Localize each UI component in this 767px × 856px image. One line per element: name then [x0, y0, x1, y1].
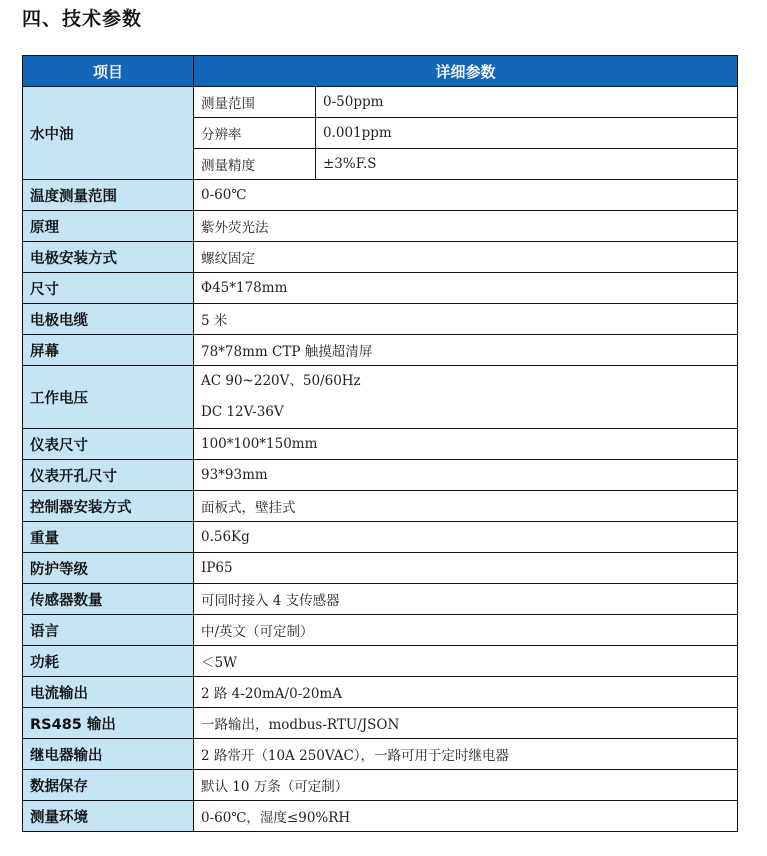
- row-label: 水中油: [23, 87, 194, 180]
- row-value: 可同时接入 4 支传感器: [194, 584, 738, 615]
- sub-label: 测量范围: [194, 87, 316, 118]
- row-value: ＜5W: [194, 646, 738, 677]
- row-label: 重量: [23, 522, 194, 553]
- row-label: 电极安装方式: [23, 242, 194, 273]
- table-row: 测量环境 0-60℃，湿度≤90%RH: [23, 801, 738, 832]
- row-value: 螺纹固定: [194, 242, 738, 273]
- row-value: 2 路 4-20mA/0-20mA: [194, 677, 738, 708]
- row-label: 数据保存: [23, 770, 194, 801]
- section-title: 四、技术参数: [22, 4, 142, 31]
- row-label: 温度测量范围: [23, 180, 194, 211]
- row-value: 面板式，壁挂式: [194, 491, 738, 522]
- table-row: 原理 紫外荧光法: [23, 211, 738, 242]
- row-value: 0.56Kg: [194, 522, 738, 553]
- row-value-multiline: AC 90~220V、50/60Hz DC 12V-36V: [194, 366, 738, 429]
- row-label: 继电器输出: [23, 739, 194, 770]
- row-label: 防护等级: [23, 553, 194, 584]
- spec-table: 项目 详细参数 水中油 测量范围 0-50ppm 分辨率 0.001ppm 测量…: [22, 55, 738, 832]
- row-value: 2 路常开（10A 250VAC），一路可用于定时继电器: [194, 739, 738, 770]
- table-row: 数据保存 默认 10 万条（可定制）: [23, 770, 738, 801]
- table-row: 功耗 ＜5W: [23, 646, 738, 677]
- row-value: 5 米: [194, 304, 738, 335]
- row-value: 中/英文（可定制）: [194, 615, 738, 646]
- table-row: 电流输出 2 路 4-20mA/0-20mA: [23, 677, 738, 708]
- table-row: 温度测量范围 0-60℃: [23, 180, 738, 211]
- row-label: 仪表开孔尺寸: [23, 460, 194, 491]
- table-row: 重量 0.56Kg: [23, 522, 738, 553]
- row-label: 测量环境: [23, 801, 194, 832]
- row-label: 控制器安装方式: [23, 491, 194, 522]
- table-row: 电极安装方式 螺纹固定: [23, 242, 738, 273]
- row-value: 默认 10 万条（可定制）: [194, 770, 738, 801]
- header-item: 项目: [23, 56, 194, 87]
- row-value: Φ45*178mm: [194, 273, 738, 304]
- table-row-voltage: 工作电压 AC 90~220V、50/60Hz DC 12V-36V: [23, 366, 738, 429]
- sub-value: ±3%F.S: [316, 149, 738, 180]
- sub-value: 0.001ppm: [316, 118, 738, 149]
- row-label: 屏幕: [23, 335, 194, 366]
- row-label: 仪表尺寸: [23, 429, 194, 460]
- row-label: 功耗: [23, 646, 194, 677]
- table-row: 屏幕 78*78mm CTP 触摸超清屏: [23, 335, 738, 366]
- table-row: 水中油 测量范围 0-50ppm: [23, 87, 738, 118]
- row-label: 传感器数量: [23, 584, 194, 615]
- table-row: 继电器输出 2 路常开（10A 250VAC），一路可用于定时继电器: [23, 739, 738, 770]
- row-label: 语言: [23, 615, 194, 646]
- table-row: 传感器数量 可同时接入 4 支传感器: [23, 584, 738, 615]
- row-value: IP65: [194, 553, 738, 584]
- table-row: 尺寸 Φ45*178mm: [23, 273, 738, 304]
- sub-label: 分辨率: [194, 118, 316, 149]
- row-value: 一路输出，modbus-RTU/JSON: [194, 708, 738, 739]
- voltage-ac: AC 90~220V、50/60Hz: [201, 366, 730, 397]
- row-value: 78*78mm CTP 触摸超清屏: [194, 335, 738, 366]
- table-row: 控制器安装方式 面板式，壁挂式: [23, 491, 738, 522]
- row-label: RS485 输出: [23, 708, 194, 739]
- row-value: 0-60℃，湿度≤90%RH: [194, 801, 738, 832]
- row-label: 尺寸: [23, 273, 194, 304]
- table-row: 仪表开孔尺寸 93*93mm: [23, 460, 738, 491]
- sub-label: 测量精度: [194, 149, 316, 180]
- header-details: 详细参数: [194, 56, 738, 87]
- sub-value: 0-50ppm: [316, 87, 738, 118]
- row-value: 93*93mm: [194, 460, 738, 491]
- table-row: 电极电缆 5 米: [23, 304, 738, 335]
- table-row: RS485 输出 一路输出，modbus-RTU/JSON: [23, 708, 738, 739]
- table-row: 仪表尺寸 100*100*150mm: [23, 429, 738, 460]
- row-label: 原理: [23, 211, 194, 242]
- table-header-row: 项目 详细参数: [23, 56, 738, 87]
- row-value: 紫外荧光法: [194, 211, 738, 242]
- row-value: 0-60℃: [194, 180, 738, 211]
- table-row: 防护等级 IP65: [23, 553, 738, 584]
- row-label: 电极电缆: [23, 304, 194, 335]
- row-label: 工作电压: [23, 366, 194, 429]
- table-row: 语言 中/英文（可定制）: [23, 615, 738, 646]
- row-label: 电流输出: [23, 677, 194, 708]
- row-value: 100*100*150mm: [194, 429, 738, 460]
- voltage-dc: DC 12V-36V: [201, 397, 730, 428]
